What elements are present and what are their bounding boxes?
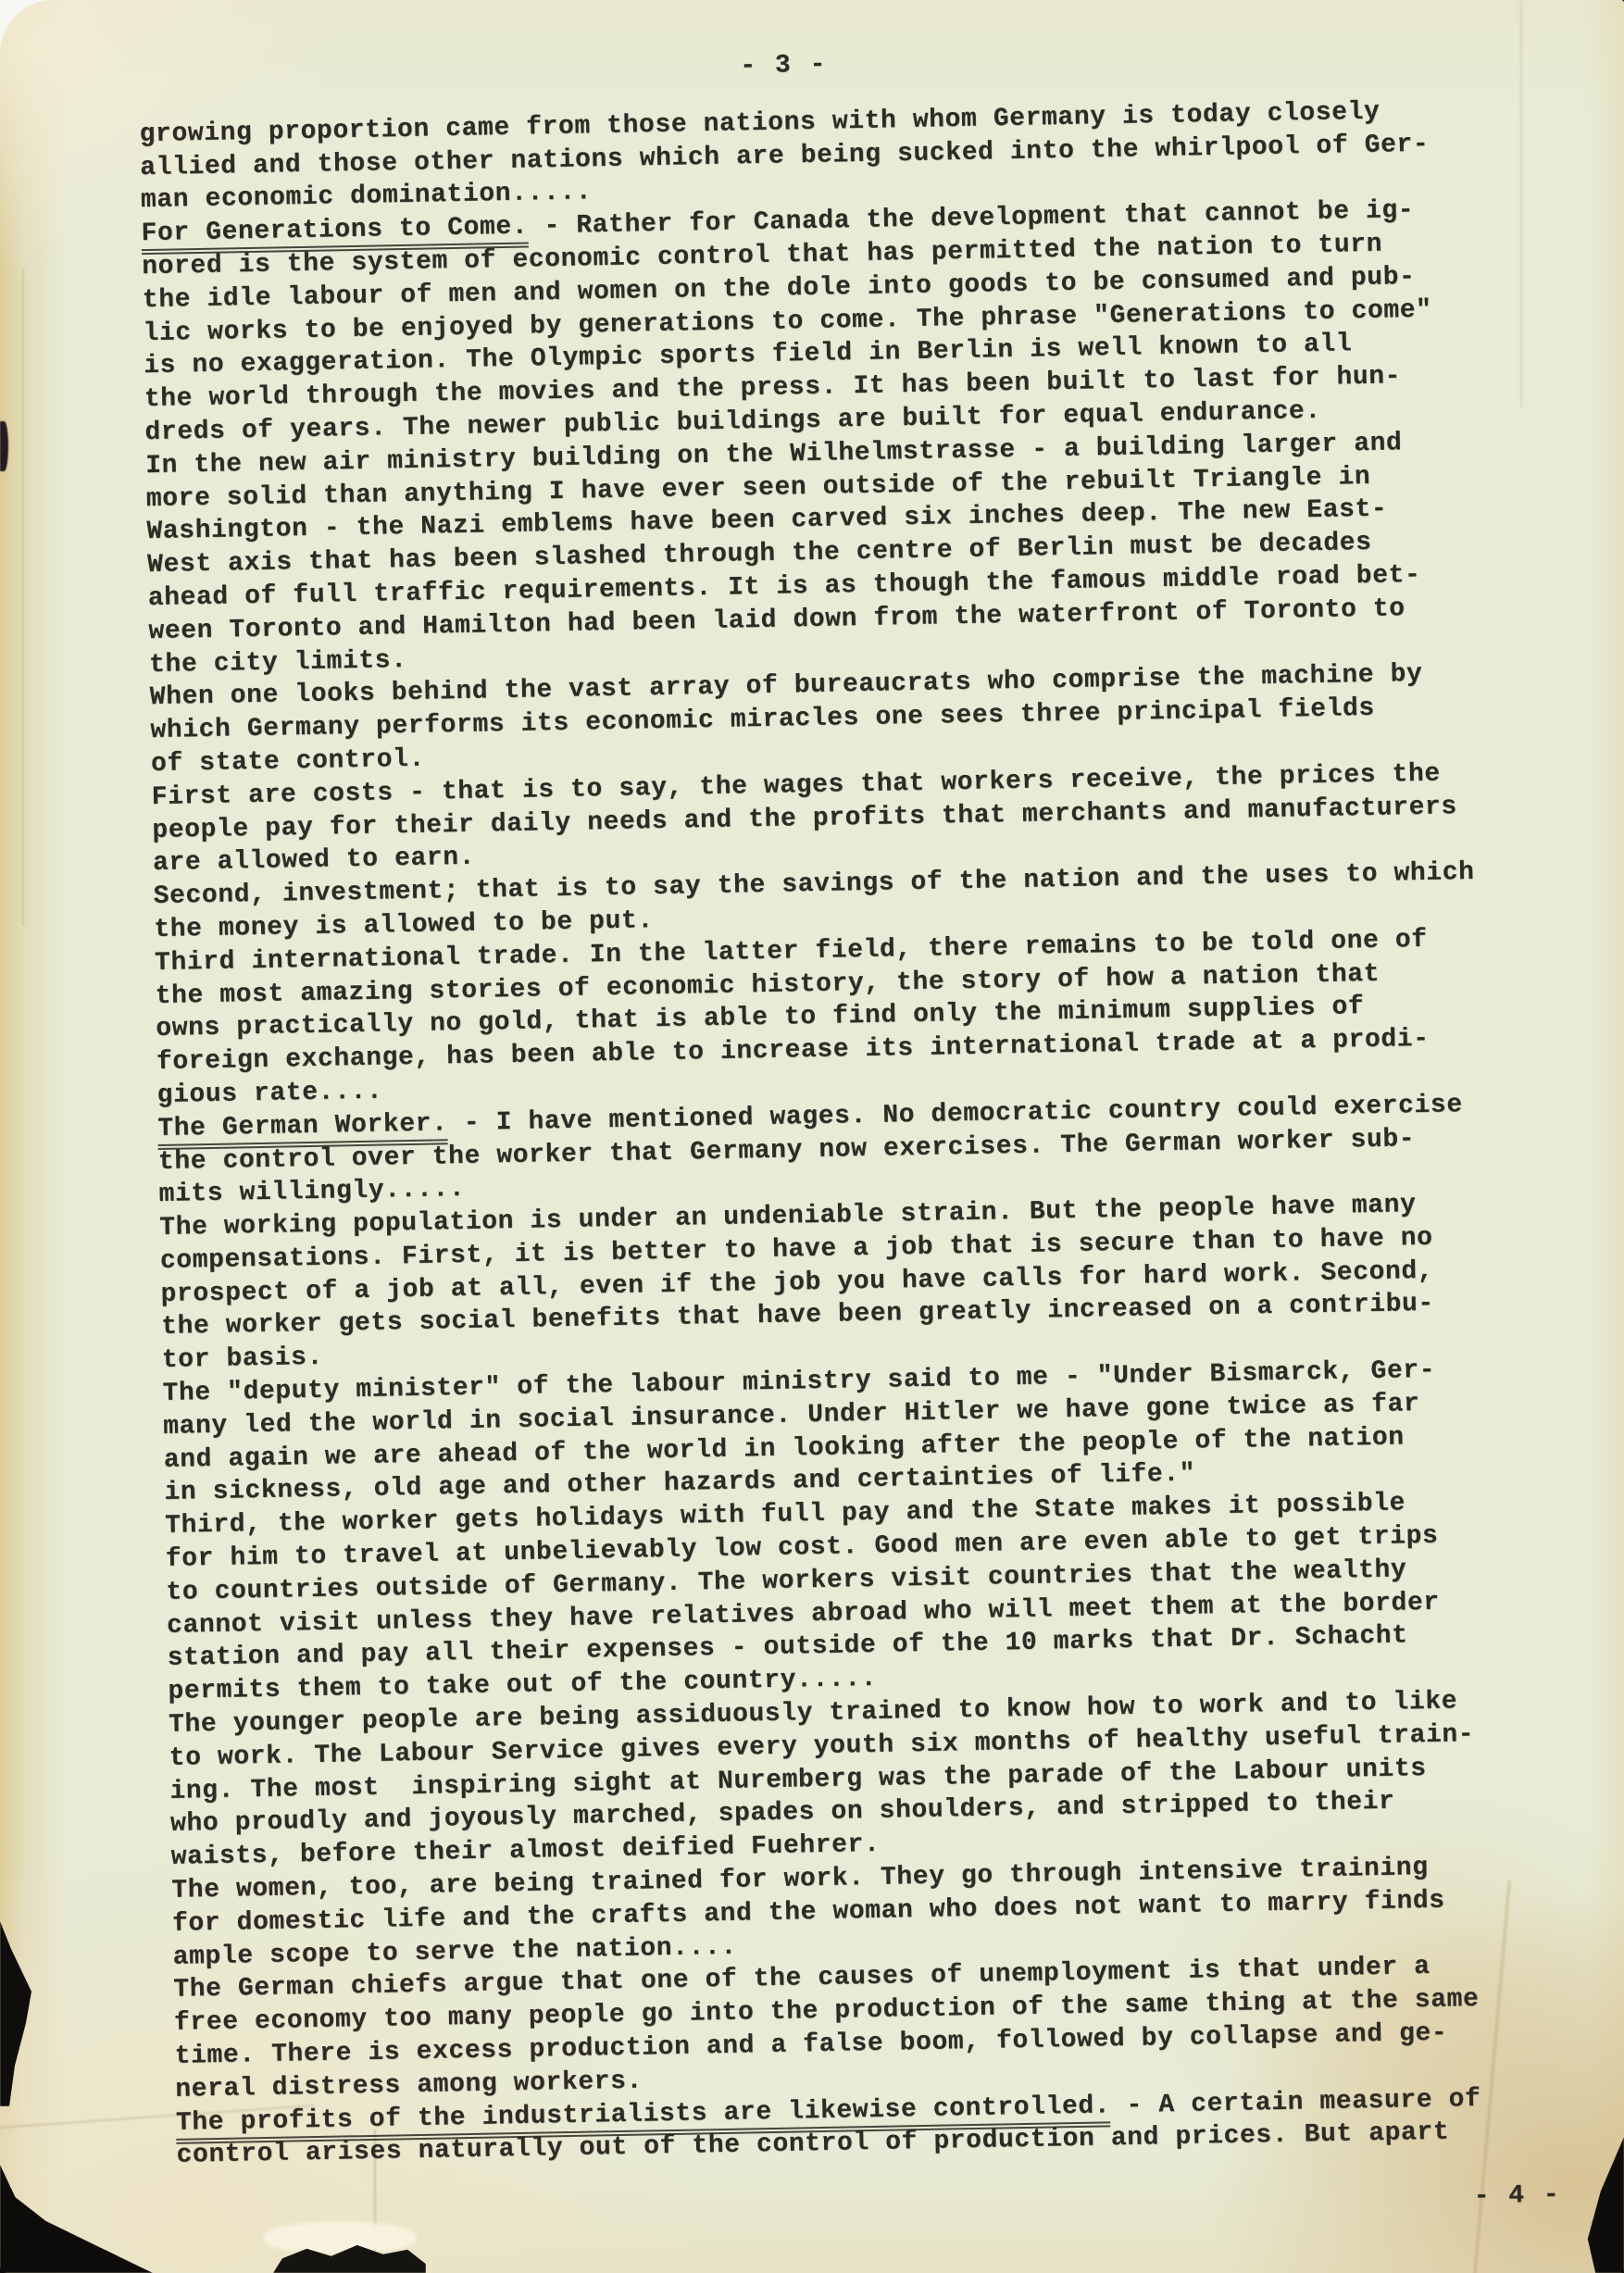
page-number-bottom: - 4 -	[1473, 2178, 1624, 2214]
text-segment: the city limits.	[149, 646, 407, 680]
text-segment: - A certain measure of	[1110, 2085, 1481, 2120]
typewritten-text-block: - 3 - growing proportion came from those…	[0, 0, 1624, 2241]
text-segment: man economic domination.....	[141, 179, 593, 216]
text-segment: are allowed to earn.	[153, 843, 476, 878]
text-segment: gious rate....	[156, 1077, 382, 1109]
text-segment: neral distress among workers.	[175, 2067, 643, 2104]
document-lines: growing proportion came from those natio…	[139, 92, 1624, 2173]
paper-sheet: - 3 - growing proportion came from those…	[0, 0, 1624, 2273]
page-number-top: - 3 -	[740, 34, 1616, 83]
text-segment: of state control.	[151, 745, 425, 779]
scanned-page: { "colors": { "paper": "#e7ecd7", "ink":…	[0, 0, 1624, 2273]
text-segment: tor basis.	[162, 1343, 324, 1375]
text-segment: mits willingly.....	[158, 1175, 465, 1209]
